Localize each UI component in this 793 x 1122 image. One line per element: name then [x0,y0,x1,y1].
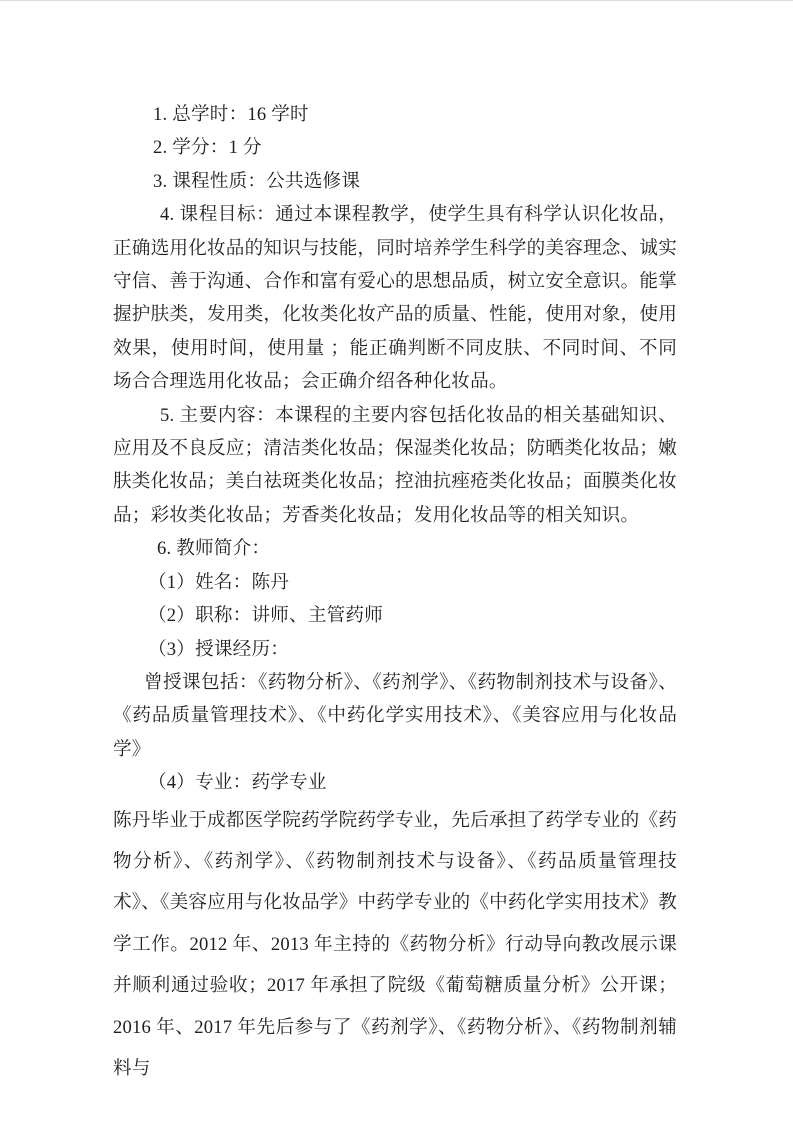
paragraph-course-nature: 3. 课程性质：公共选修课 [113,165,677,198]
paragraph-teacher-major: （4）专业：药学专业 [113,766,677,799]
paragraph-course-goal: 4. 课程目标：通过本课程教学，使学生具有科学认识化妆品，正确选用化妆品的知识与… [113,198,677,398]
paragraph-main-content: 5. 主要内容：本课程的主要内容包括化妆品的相关基础知识、应用及不良反应；清洁类… [113,399,677,533]
paragraph-teaching-history-heading: （3）授课经历： [113,633,677,666]
paragraph-teacher-name: （1）姓名：陈丹 [113,566,677,599]
paragraph-teacher-bio: 陈丹毕业于成都医学院药学院药学专业，先后承担了药学专业的《药物分析》、《药剂学》… [113,800,677,1090]
paragraph-courses-taught: 曾授课包括：《药物分析》、《药剂学》、《药物制剂技术与设备》、《药品质量管理技术… [113,666,677,766]
paragraph-total-hours: 1. 总学时：16 学时 [113,98,677,131]
paragraph-teacher-intro-heading: 6. 教师简介： [113,532,677,565]
paragraph-credits: 2. 学分：1 分 [113,131,677,164]
document-body: 1. 总学时：16 学时 2. 学分：1 分 3. 课程性质：公共选修课 4. … [113,98,677,1089]
paragraph-teacher-title: （2）职称：讲师、主管药师 [113,599,677,632]
document-page: 1. 总学时：16 学时 2. 学分：1 分 3. 课程性质：公共选修课 4. … [0,0,793,1122]
